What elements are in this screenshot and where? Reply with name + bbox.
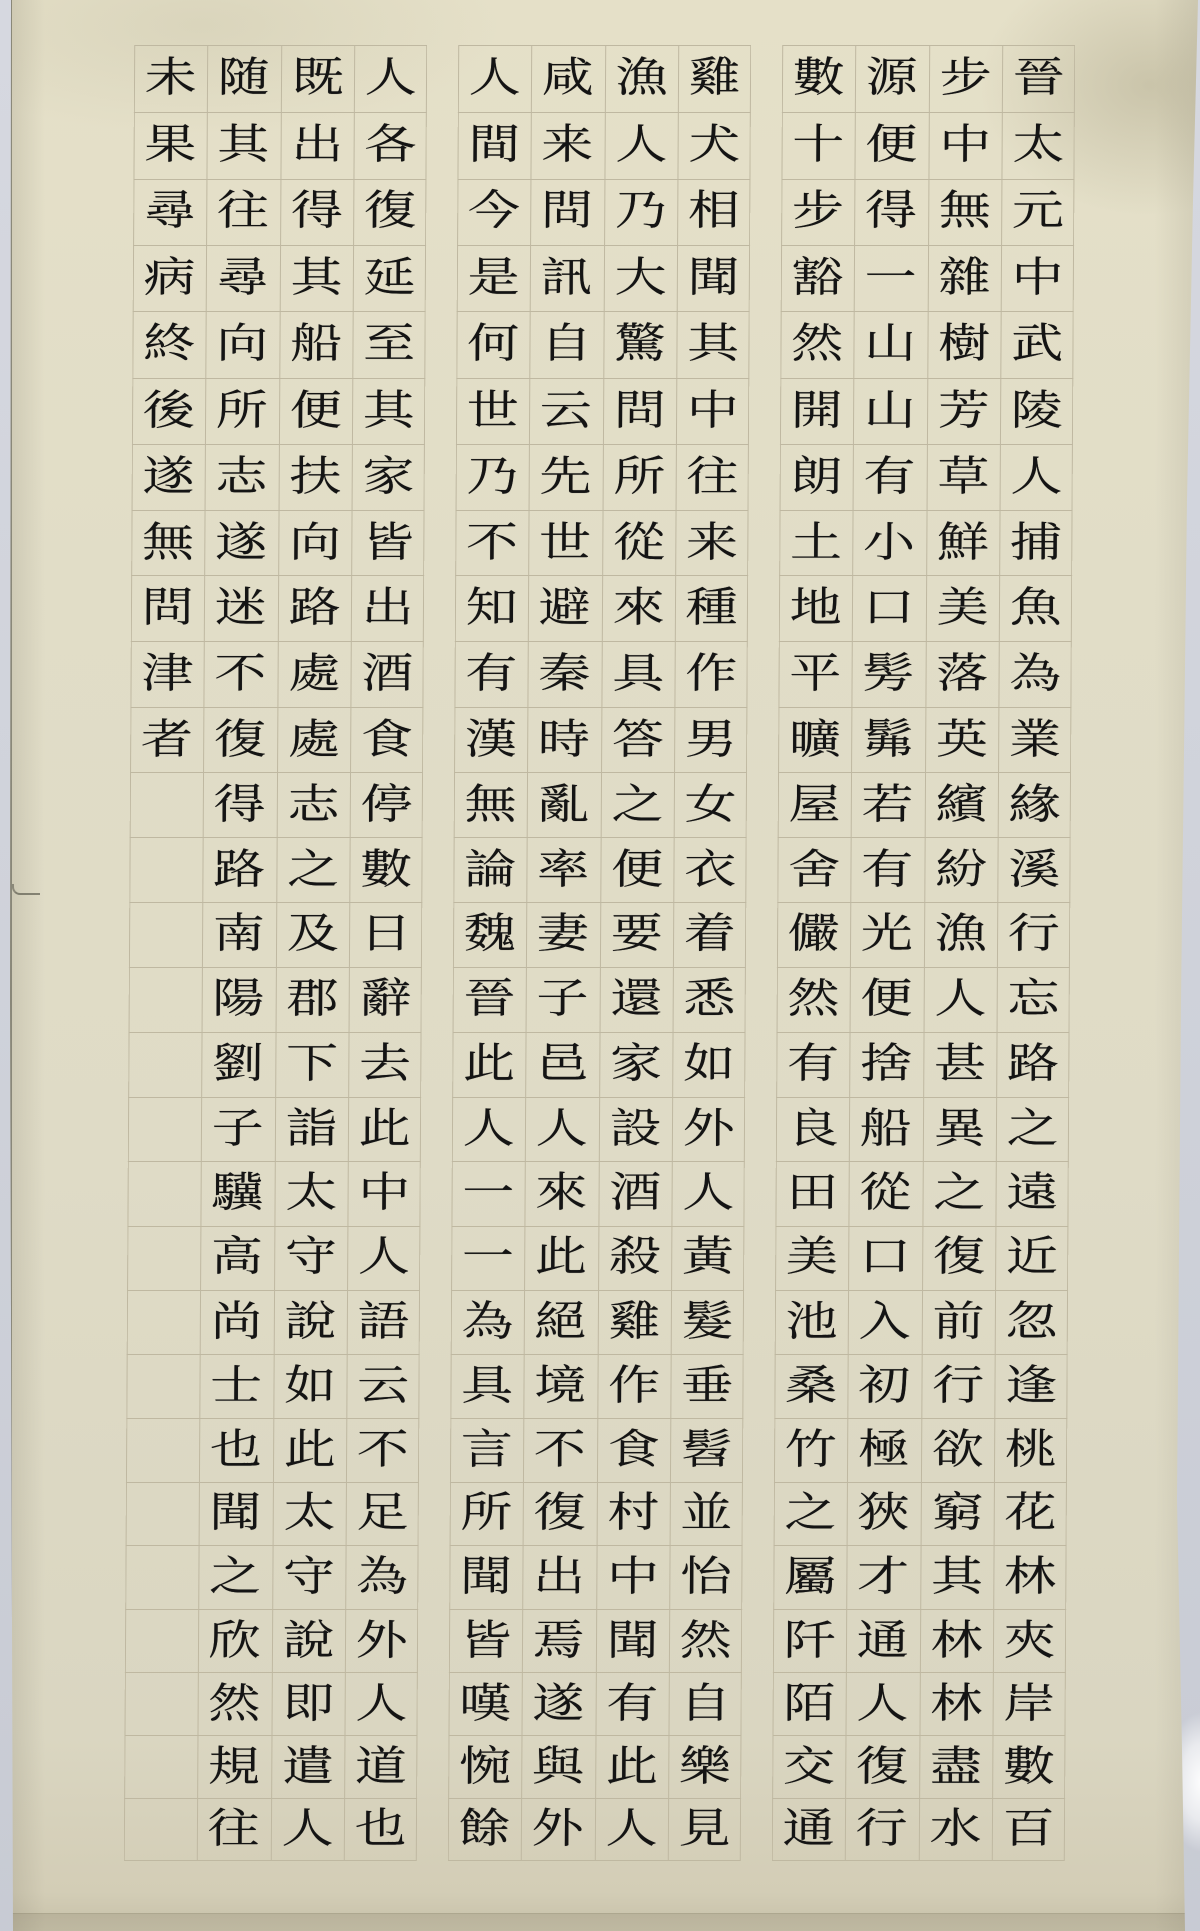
character: 劉 — [195, 1034, 282, 1095]
character: 尚 — [193, 1291, 280, 1352]
character: 良 — [769, 1098, 856, 1159]
character: 嘆 — [442, 1674, 529, 1734]
character: 平 — [772, 643, 859, 705]
character: 十 — [775, 113, 862, 176]
character: 豁 — [774, 247, 861, 310]
character: 皆 — [442, 1610, 529, 1670]
character: 欣 — [192, 1610, 279, 1670]
character: 陽 — [195, 969, 282, 1031]
character: 何 — [450, 313, 537, 376]
character: 乃 — [449, 445, 536, 508]
character: 尋 — [126, 180, 213, 243]
character: 南 — [196, 904, 283, 966]
character: 子 — [194, 1098, 281, 1159]
character: 舍 — [771, 839, 858, 901]
character: 往 — [190, 1800, 277, 1860]
character: 不 — [449, 511, 536, 574]
character: 然 — [774, 313, 861, 376]
character: 有 — [448, 643, 535, 705]
character: 病 — [126, 247, 213, 310]
character: 言 — [443, 1419, 530, 1480]
character: 通 — [765, 1800, 852, 1860]
character: 後 — [125, 379, 212, 442]
character: 池 — [768, 1291, 855, 1352]
character: 無 — [447, 773, 534, 835]
character: 美 — [768, 1227, 855, 1288]
character: 是 — [450, 247, 537, 310]
character: 一 — [444, 1227, 531, 1288]
character: 曠 — [771, 708, 858, 770]
character: 交 — [766, 1737, 853, 1797]
character: 世 — [449, 379, 536, 442]
calligraphy-grid: 晉太元中武陵人 捕魚為業緣溪行 忘路之遠近忽逢 桃花林夾岸數百 步中無雜樹芳草 … — [0, 0, 1200, 1931]
character: 桑 — [768, 1355, 855, 1416]
character: 晉 — [446, 969, 533, 1031]
grid-group-left: 人各復延至其家 皆出酒食停數日 辭去此中人語云 不足為外人道也 既出得其船便扶 … — [124, 45, 427, 1861]
character: 論 — [447, 839, 534, 901]
calligraphy-scroll-paper: 晉太元中武陵人 捕魚為業緣溪行 忘路之遠近忽逢 桃花林夾岸數百 步中無雜樹芳草 … — [0, 0, 1200, 1931]
character: 儼 — [770, 904, 857, 966]
character: 阡 — [766, 1610, 853, 1670]
character: 屬 — [767, 1547, 854, 1607]
character: 然 — [770, 969, 857, 1031]
character: 未 — [127, 47, 214, 110]
character: 所 — [443, 1483, 530, 1543]
character: 漢 — [447, 708, 534, 770]
character: 步 — [774, 180, 861, 243]
character: 士 — [193, 1355, 280, 1416]
character: 具 — [444, 1355, 531, 1416]
character: 得 — [196, 773, 283, 835]
character: 聞 — [192, 1483, 279, 1543]
character: 地 — [772, 577, 859, 639]
character: 此 — [446, 1034, 533, 1095]
character: 開 — [773, 379, 860, 442]
character: 屋 — [771, 773, 858, 835]
character: 津 — [124, 643, 211, 705]
character: 朗 — [773, 445, 860, 508]
character: 之 — [192, 1547, 279, 1607]
character: 魏 — [446, 904, 533, 966]
character: 田 — [769, 1163, 856, 1224]
character: 竹 — [767, 1419, 854, 1480]
character: 聞 — [443, 1547, 530, 1607]
text-column-8: 人間今是何世乃 不知有漢無論魏 晉此人一一為具 言所聞皆嘆惋餘 — [448, 45, 532, 1861]
character: 為 — [444, 1291, 531, 1352]
character: 也 — [193, 1419, 280, 1480]
character: 土 — [773, 511, 860, 574]
character: 問 — [124, 577, 211, 639]
character: 遂 — [125, 445, 212, 508]
character: 終 — [126, 313, 213, 376]
text-column-4: 數十步豁然開朗 土地平曠屋舍儼 然有良田美池桑 竹之屬阡陌交通 — [772, 45, 856, 1861]
character: 今 — [450, 180, 537, 243]
character: 數 — [775, 47, 862, 110]
character: 規 — [191, 1737, 278, 1797]
character: 無 — [125, 511, 212, 574]
character: 餘 — [441, 1800, 528, 1860]
character: 間 — [451, 113, 538, 176]
character: 人 — [445, 1098, 532, 1159]
character: 一 — [445, 1163, 532, 1224]
character: 人 — [451, 47, 538, 110]
character: 有 — [770, 1034, 857, 1095]
character: 之 — [767, 1483, 854, 1543]
grid-group-middle: 雞犬相聞其中往 来種作男女衣着 悉如外人黃髮垂 髫並怡然自樂見 漁人乃大驚問所 … — [448, 45, 751, 1861]
character: 果 — [127, 113, 214, 176]
character: 者 — [123, 708, 210, 770]
character: 驥 — [194, 1163, 281, 1224]
character: 然 — [191, 1674, 278, 1734]
character: 路 — [196, 839, 283, 901]
character: 惋 — [442, 1737, 529, 1797]
character: 陌 — [766, 1674, 853, 1734]
character: 高 — [194, 1227, 281, 1288]
grid-group-right: 晉太元中武陵人 捕魚為業緣溪行 忘路之遠近忽逢 桃花林夾岸數百 步中無雜樹芳草 … — [772, 45, 1075, 1861]
character: 知 — [448, 577, 535, 639]
